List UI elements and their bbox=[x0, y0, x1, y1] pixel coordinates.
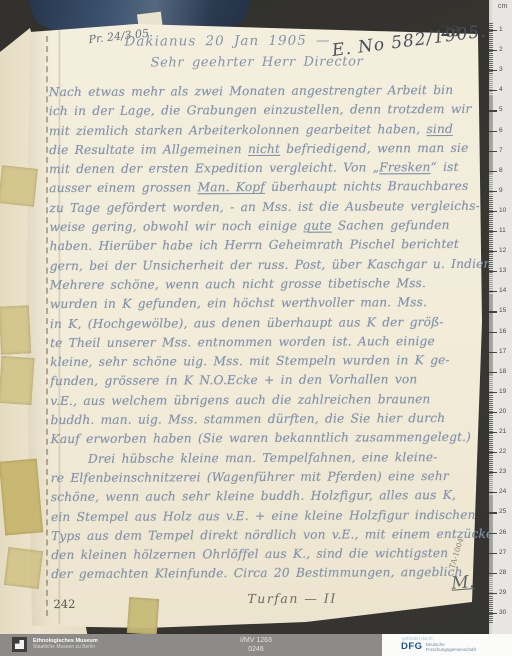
handwritten-line: in K, (Hochgewölbe), aus denen überhaupt… bbox=[50, 312, 482, 334]
handwritten-line: mit denen der ersten Expedition vergleic… bbox=[49, 158, 481, 180]
handwritten-line: haben. Hierüber habe ich Herrn Geheimrat… bbox=[50, 235, 482, 257]
ruler-number: 21 bbox=[499, 428, 506, 435]
ruler-number: 5 bbox=[499, 106, 503, 113]
handwritten-line: Drei hübsche kleine man. Tempelfahnen, e… bbox=[51, 447, 483, 469]
ruler-number: 12 bbox=[499, 247, 506, 254]
ruler-tick: 21 bbox=[489, 432, 497, 433]
ruler-tick: 3 bbox=[489, 70, 497, 71]
ruler-number: 25 bbox=[499, 508, 506, 515]
ruler-number: 13 bbox=[499, 267, 506, 274]
ruler-tick: 8 bbox=[489, 171, 497, 172]
ruler-tick: 25 bbox=[489, 512, 497, 513]
handwritten-line: zu Tage gefördert worden, - an Mss. ist … bbox=[49, 197, 481, 219]
ruler-number: 14 bbox=[499, 287, 506, 294]
ruler-number: 7 bbox=[499, 147, 503, 154]
handwritten-line: der gemachten Kleinfunde. Circa 20 Besti… bbox=[51, 563, 483, 585]
ruler-number: 8 bbox=[499, 167, 503, 174]
page-number-stamp: 23 bbox=[440, 23, 460, 40]
dfg-abbr: DFG bbox=[401, 642, 423, 652]
ruler-number: 30 bbox=[499, 609, 506, 616]
handwritten-line: wurden in K gefunden, ein höchst werthvo… bbox=[50, 293, 482, 315]
ruler-tick: 29 bbox=[489, 593, 497, 594]
handwritten-line: Mehrere schöne, wenn auch nicht grosse t… bbox=[50, 274, 482, 296]
ruler-tick: 18 bbox=[489, 372, 497, 373]
ruler-number: 20 bbox=[499, 408, 506, 415]
ruler-tick: 12 bbox=[489, 251, 497, 252]
scan-number: 0246 bbox=[206, 646, 306, 655]
ruler-number: 17 bbox=[499, 348, 506, 355]
handwritten-line: te Theil unserer Mss. entnommen worden i… bbox=[50, 332, 482, 354]
dfg-name: Deutsche Forschungsgemeinschaft bbox=[426, 642, 476, 652]
handwritten-line: ein Stempel aus Holz aus v.E. + eine kle… bbox=[51, 505, 483, 527]
ruler-tick: 19 bbox=[489, 392, 497, 393]
ruler-number: 22 bbox=[499, 448, 506, 455]
ruler-number: 26 bbox=[499, 529, 506, 536]
ruler-tick: 28 bbox=[489, 573, 497, 574]
institution-block: Ethnologisches Museum Staatliche Museen … bbox=[33, 638, 98, 650]
ruler-number: 1 bbox=[499, 26, 503, 33]
handwritten-line: ausser einem grossen Man. Kopf überhaupt… bbox=[49, 177, 481, 199]
ruler-number: 4 bbox=[499, 86, 503, 93]
funder-panel: gefördert durch DFG Deutsche Forschungsg… bbox=[382, 634, 512, 656]
ruler-number: 6 bbox=[499, 127, 503, 134]
ruler-tick: 30 bbox=[489, 613, 497, 614]
ruler-tick: 5 bbox=[489, 110, 497, 111]
ruler-unit-label: cm bbox=[498, 3, 507, 10]
handwritten-line: den kleinen hölzernen Ohrlöffel aus K., … bbox=[51, 544, 483, 566]
ruler-number: 10 bbox=[499, 207, 506, 214]
body-lines: Nach etwas mehr als zwei Monaten angestr… bbox=[49, 81, 484, 585]
handwritten-line: re Elfenbeinschnitzerei (Wagenführer mit… bbox=[51, 467, 483, 489]
ruler-tick: 13 bbox=[489, 271, 497, 272]
ruler-number: 27 bbox=[499, 549, 506, 556]
museum-logo-icon bbox=[12, 637, 27, 652]
signature-paraph: M. bbox=[451, 572, 475, 594]
ruler-tick: 11 bbox=[489, 231, 497, 232]
ruler-tick: 7 bbox=[489, 151, 497, 152]
ruler-number: 16 bbox=[499, 328, 506, 335]
dfg-name-line2: Forschungsgemeinschaft bbox=[426, 647, 476, 652]
handwritten-line: v.E., aus welchem übrigens auch die zahl… bbox=[50, 390, 482, 412]
institution-subtitle: Staatliche Museen zu Berlin bbox=[33, 644, 98, 650]
handwritten-line: mit ziemlich starken Arbeiterkolonnen ge… bbox=[49, 119, 481, 141]
ruler-number: 19 bbox=[499, 388, 506, 395]
salutation-line: Sehr geehrter Herr Director bbox=[151, 54, 364, 70]
ruler-number: 3 bbox=[499, 66, 503, 73]
ruler-tick: 10 bbox=[489, 211, 497, 212]
pencil-note-turfan: Turfan — II bbox=[247, 591, 336, 606]
ruler-tick: 26 bbox=[489, 533, 497, 534]
handwritten-line: funden, grössere in K N.O.Ecke + in den … bbox=[50, 370, 482, 392]
handwritten-line: weise gering, obwohl wir noch einige gut… bbox=[49, 216, 481, 238]
ruler-tick: 22 bbox=[489, 452, 497, 453]
handwritten-content: Pr. 24/3 05. Dakianus 20 Jan 1905 — E. N… bbox=[0, 0, 512, 656]
ruler-number: 11 bbox=[499, 227, 506, 234]
archive-signature-block: I/MV 1263 0246 bbox=[206, 637, 306, 654]
ruler-tick: 27 bbox=[489, 553, 497, 554]
handwritten-line: schöne, wenn auch sehr kleine buddh. Hol… bbox=[51, 486, 483, 508]
ruler-number: 9 bbox=[499, 187, 503, 194]
ruler-number: 23 bbox=[499, 468, 506, 475]
archive-signature: I/MV 1263 bbox=[206, 637, 306, 646]
handwritten-line: buddh. man. uig. Mss. stammen dürften, d… bbox=[50, 409, 482, 431]
ruler-tick: 24 bbox=[489, 492, 497, 493]
ruler-number: 2 bbox=[499, 46, 503, 53]
ruler-tick: 4 bbox=[489, 90, 497, 91]
ruler-tick: 17 bbox=[489, 352, 497, 353]
ruler-tick: 15 bbox=[489, 311, 497, 312]
handwritten-line: Nach etwas mehr als zwei Monaten angestr… bbox=[49, 81, 481, 103]
handwritten-line: ich in der Lage, die Grabungen einzustel… bbox=[49, 100, 481, 122]
ruler-number: 29 bbox=[499, 589, 506, 596]
archive-footer-bar: Ethnologisches Museum Staatliche Museen … bbox=[0, 634, 512, 656]
ruler-number: 15 bbox=[499, 307, 506, 314]
ruler-number: 18 bbox=[499, 368, 506, 375]
ruler-tick: 1 bbox=[489, 30, 497, 31]
pencil-page-number: 242 bbox=[53, 597, 75, 611]
museum-logo-glyph-icon bbox=[15, 640, 24, 649]
handwritten-line: die Resultate im Allgemeinen nicht befri… bbox=[49, 139, 481, 161]
ruler-tick: 20 bbox=[489, 412, 497, 413]
ruler-tick: 14 bbox=[489, 291, 497, 292]
ruler-tick: 9 bbox=[489, 191, 497, 192]
dfg-logo: DFG Deutsche Forschungsgemeinschaft bbox=[401, 642, 476, 652]
handwritten-line: Typs aus dem Tempel direkt nördlich von … bbox=[51, 525, 483, 547]
ruler-tick: 16 bbox=[489, 332, 497, 333]
ruler-tick: 2 bbox=[489, 50, 497, 51]
ruler-number: 28 bbox=[499, 569, 506, 576]
measurement-ruler: cm 1234567891011121314151617181920212223… bbox=[489, 0, 512, 634]
handwritten-line: Kauf erworben haben (Sie waren bekanntli… bbox=[51, 428, 483, 450]
letter-dateline: Dakianus 20 Jan 1905 — bbox=[124, 33, 330, 50]
handwritten-line: gern, bei der Unsicherheit der russ. Pos… bbox=[50, 254, 482, 276]
handwritten-line: kleine, sehr schöne uig. Mss. mit Stempe… bbox=[50, 351, 482, 373]
ruler-tick: 6 bbox=[489, 131, 497, 132]
ruler-number: 24 bbox=[499, 488, 506, 495]
ruler-tick: 23 bbox=[489, 472, 497, 473]
archival-scan-stage: Pr. 24/3 05. Dakianus 20 Jan 1905 — E. N… bbox=[0, 0, 512, 656]
